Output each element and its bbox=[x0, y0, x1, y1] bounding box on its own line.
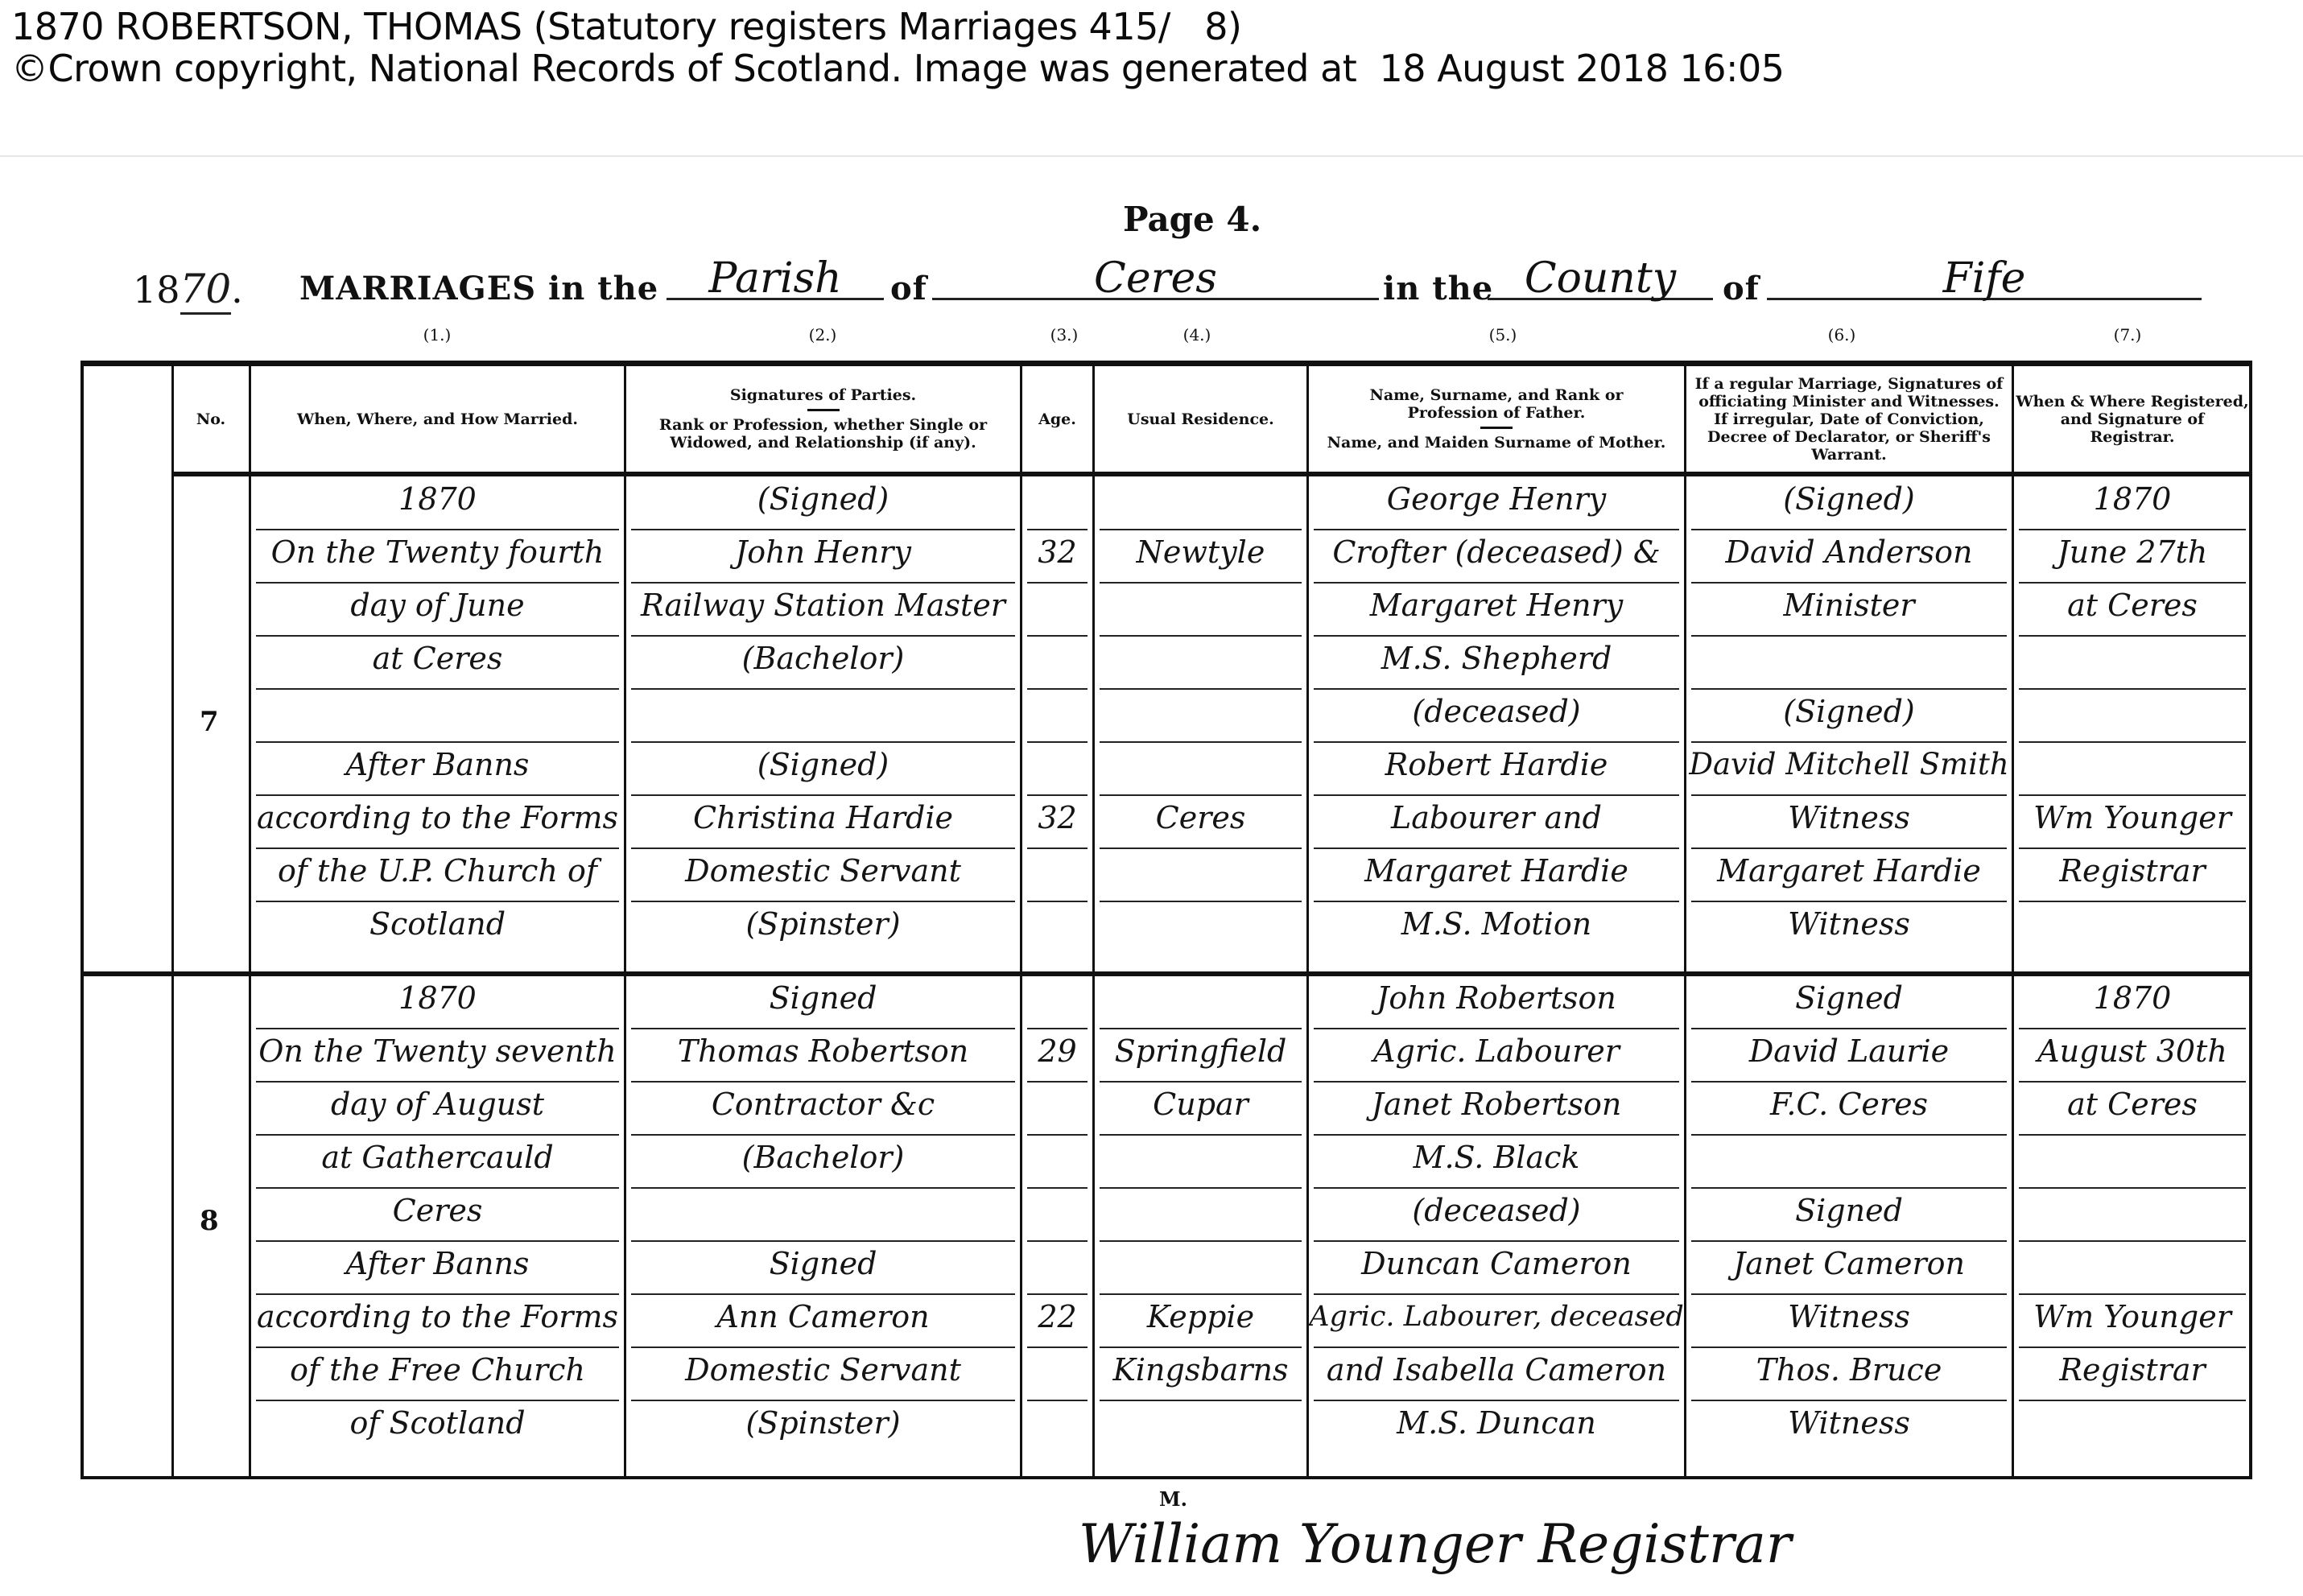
parents-line: Agric. Labourer bbox=[1309, 1025, 1684, 1078]
county-type: County bbox=[1488, 259, 1713, 300]
column-number-3: (3.) bbox=[1050, 325, 1079, 344]
title-of-1: of bbox=[890, 270, 927, 307]
ruled-line bbox=[1027, 1187, 1088, 1189]
residence-line: Kingsbarns bbox=[1095, 1343, 1306, 1396]
ruled-line bbox=[1027, 1346, 1088, 1348]
minister-witness-line: Witness bbox=[1686, 897, 2012, 951]
minister-witness-line: Minister bbox=[1686, 579, 2012, 632]
residence-line: Springfield bbox=[1095, 1025, 1306, 1078]
parents-line: Margaret Henry bbox=[1309, 579, 1684, 632]
minister-witness-line: Witness bbox=[1686, 1396, 2012, 1450]
signature-line: Domestic Servant bbox=[626, 844, 1020, 897]
ruled-line bbox=[2019, 741, 2246, 743]
record-title: 1870 ROBERTSON, THOMAS (Statutory regist… bbox=[11, 8, 1241, 45]
when-where-how-line: of the Free Church bbox=[251, 1343, 624, 1396]
when-where-how-line: Scotland bbox=[251, 897, 624, 951]
year-printed: 18 bbox=[133, 268, 180, 311]
parents-line: and Isabella Cameron bbox=[1309, 1343, 1684, 1396]
column-divider bbox=[171, 361, 174, 1479]
header-age: Age. bbox=[1022, 366, 1092, 472]
registration-line: Wm Younger bbox=[2014, 1290, 2251, 1343]
year-handwritten: 70 bbox=[180, 266, 232, 315]
minister-witness-line: Signed bbox=[1686, 1184, 2012, 1237]
entry-number: 7 bbox=[200, 706, 219, 738]
ruled-line bbox=[2019, 1187, 2246, 1189]
age-value: 32 bbox=[1022, 526, 1092, 579]
when-where-how-line: On the Twenty fourth bbox=[251, 526, 624, 579]
ruled-line bbox=[1027, 1240, 1088, 1242]
signature-line: John Henry bbox=[626, 526, 1020, 579]
copyright-notice: ©Crown copyright, National Records of Sc… bbox=[11, 50, 1785, 87]
minister-witness-line: (Signed) bbox=[1686, 472, 2012, 526]
when-where-how-line: at Gathercauld bbox=[251, 1131, 624, 1184]
minister-witness-line: Thos. Bruce bbox=[1686, 1343, 2012, 1396]
when-where-how-line: On the Twenty seventh bbox=[251, 1025, 624, 1078]
signature-line: (Signed) bbox=[626, 738, 1020, 791]
parents-line: Duncan Cameron bbox=[1309, 1237, 1684, 1290]
ruled-line bbox=[2019, 1240, 2246, 1242]
header-minister-witnesses: If a regular Marriage, Signatures of off… bbox=[1686, 366, 2012, 472]
column-number-2: (2.) bbox=[809, 325, 837, 344]
parents-line: (deceased) bbox=[1309, 1184, 1684, 1237]
title-in-the: in the bbox=[1383, 270, 1493, 307]
ruled-line bbox=[1027, 741, 1088, 743]
registration-line: 1870 bbox=[2014, 472, 2251, 526]
header-no: No. bbox=[173, 366, 249, 472]
ruled-line bbox=[1100, 847, 1302, 849]
register-year: 1870. bbox=[133, 266, 243, 312]
parents-line: John Robertson bbox=[1309, 971, 1684, 1025]
signature-line: (Signed) bbox=[626, 472, 1020, 526]
ruled-line bbox=[2019, 688, 2246, 690]
ruled-line bbox=[1100, 741, 1302, 743]
ruled-line bbox=[631, 688, 1015, 690]
header-residence: Usual Residence. bbox=[1095, 366, 1306, 472]
ruled-line bbox=[1100, 1134, 1302, 1136]
signature-line: Ann Cameron bbox=[626, 1290, 1020, 1343]
parents-line: Janet Robertson bbox=[1309, 1078, 1684, 1131]
registration-line: Registrar bbox=[2014, 844, 2251, 897]
ruled-line bbox=[1100, 1187, 1302, 1189]
signature-line: (Bachelor) bbox=[626, 1131, 1020, 1184]
parents-line: M.S. Shepherd bbox=[1309, 632, 1684, 685]
residence-line: Newtyle bbox=[1095, 526, 1306, 579]
when-where-how-line: of the U.P. Church of bbox=[251, 844, 624, 897]
ruled-line bbox=[1027, 1134, 1088, 1136]
title-of-2: of bbox=[1723, 270, 1760, 307]
ruled-line bbox=[1100, 688, 1302, 690]
parents-line: M.S. Black bbox=[1309, 1131, 1684, 1184]
signature-line: Christina Hardie bbox=[626, 791, 1020, 844]
parents-line: George Henry bbox=[1309, 472, 1684, 526]
ruled-line bbox=[1100, 1400, 1302, 1401]
minister-witness-line: Janet Cameron bbox=[1686, 1237, 2012, 1290]
entry-number: 8 bbox=[200, 1205, 219, 1237]
district-name: Ceres bbox=[932, 259, 1379, 300]
signature-line: Domestic Servant bbox=[626, 1343, 1020, 1396]
signature-line: Thomas Robertson bbox=[626, 1025, 1020, 1078]
ruled-line bbox=[1100, 582, 1302, 584]
column-number-6: (6.) bbox=[1828, 325, 1856, 344]
signature-line: (Spinster) bbox=[626, 897, 1020, 951]
residence-line: Keppie bbox=[1095, 1290, 1306, 1343]
signature-line: Railway Station Master bbox=[626, 579, 1020, 632]
when-where-how-line: at Ceres bbox=[251, 632, 624, 685]
footer-initial: M. bbox=[1159, 1487, 1187, 1511]
ruled-line bbox=[2019, 901, 2246, 902]
county-name: Fife bbox=[1767, 259, 2202, 300]
minister-witness-line: (Signed) bbox=[1686, 685, 2012, 738]
parents-line: Labourer and bbox=[1309, 791, 1684, 844]
registration-line: August 30th bbox=[2014, 1025, 2251, 1078]
header-parents: Name, Surname, and Rank or Profession of… bbox=[1309, 366, 1684, 472]
minister-witness-line: Witness bbox=[1686, 1290, 2012, 1343]
ruled-line bbox=[1027, 688, 1088, 690]
column-number-5: (5.) bbox=[1489, 325, 1517, 344]
signature-line: Signed bbox=[626, 971, 1020, 1025]
when-where-how-line: After Banns bbox=[251, 738, 624, 791]
ruled-line bbox=[1027, 901, 1088, 902]
registration-line: Registrar bbox=[2014, 1343, 2251, 1396]
when-where-how-line: After Banns bbox=[251, 1237, 624, 1290]
header-registered: When & Where Registered, and Signature o… bbox=[2014, 366, 2251, 472]
minister-witness-line: Signed bbox=[1686, 971, 2012, 1025]
ruled-line bbox=[1100, 635, 1302, 637]
signature-line: Signed bbox=[626, 1237, 1020, 1290]
registration-line: at Ceres bbox=[2014, 579, 2251, 632]
registration-line: June 27th bbox=[2014, 526, 2251, 579]
signature-line: Contractor &c bbox=[626, 1078, 1020, 1131]
when-where-how-line: according to the Forms bbox=[251, 1290, 624, 1343]
ruled-line bbox=[1691, 635, 2007, 637]
when-where-how-line: day of August bbox=[251, 1078, 624, 1131]
parents-line: Agric. Labourer, deceased bbox=[1309, 1290, 1684, 1343]
age-value: 32 bbox=[1022, 791, 1092, 844]
ruled-line bbox=[2019, 1134, 2246, 1136]
ruled-line bbox=[256, 688, 619, 690]
parents-line: Margaret Hardie bbox=[1309, 844, 1684, 897]
minister-witness-line: David Anderson bbox=[1686, 526, 2012, 579]
when-where-how-line: day of June bbox=[251, 579, 624, 632]
parents-line: (deceased) bbox=[1309, 685, 1684, 738]
registration-line: 1870 bbox=[2014, 971, 2251, 1025]
column-number-7: (7.) bbox=[2114, 325, 2142, 344]
title-marriages: MARRIAGES in the bbox=[299, 270, 658, 307]
district-type: Parish bbox=[667, 259, 884, 300]
minister-witness-line: Margaret Hardie bbox=[1686, 844, 2012, 897]
age-value: 22 bbox=[1022, 1290, 1092, 1343]
when-where-how-line: 1870 bbox=[251, 472, 624, 526]
parents-line: Crofter (deceased) & bbox=[1309, 526, 1684, 579]
minister-witness-line: Witness bbox=[1686, 791, 2012, 844]
age-value: 29 bbox=[1022, 1025, 1092, 1078]
registration-line: at Ceres bbox=[2014, 1078, 2251, 1131]
ruled-line bbox=[1100, 1240, 1302, 1242]
ruled-line bbox=[1691, 1134, 2007, 1136]
header-signatures: Signatures of Parties.Rank or Profession… bbox=[626, 366, 1020, 472]
ruled-line bbox=[1027, 1400, 1088, 1401]
when-where-how-line: according to the Forms bbox=[251, 791, 624, 844]
when-where-how-line: of Scotland bbox=[251, 1396, 624, 1450]
residence-line: Cupar bbox=[1095, 1078, 1306, 1131]
ruled-line bbox=[2019, 635, 2246, 637]
registration-line: Wm Younger bbox=[2014, 791, 2251, 844]
page-number: Page 4. bbox=[1123, 200, 1261, 239]
ruled-line bbox=[1100, 901, 1302, 902]
column-number-4: (4.) bbox=[1183, 325, 1211, 344]
registrar-signature: William Younger Registrar bbox=[1079, 1513, 1791, 1575]
residence-line: Ceres bbox=[1095, 791, 1306, 844]
signature-line: (Spinster) bbox=[626, 1396, 1020, 1450]
parents-line: Robert Hardie bbox=[1309, 738, 1684, 791]
parents-line: M.S. Motion bbox=[1309, 897, 1684, 951]
ruled-line bbox=[1027, 582, 1088, 584]
signature-line: (Bachelor) bbox=[626, 632, 1020, 685]
minister-witness-line: David Laurie bbox=[1686, 1025, 2012, 1078]
parents-line: M.S. Duncan bbox=[1309, 1396, 1684, 1450]
when-where-how-line: Ceres bbox=[251, 1184, 624, 1237]
minister-witness-line: F.C. Ceres bbox=[1686, 1078, 2012, 1131]
header-divider bbox=[0, 155, 2303, 157]
ruled-line bbox=[1027, 635, 1088, 637]
minister-witness-line: David Mitchell Smith bbox=[1686, 738, 2012, 791]
when-where-how-line: 1870 bbox=[251, 971, 624, 1025]
ruled-line bbox=[2019, 1400, 2246, 1401]
column-number-1: (1.) bbox=[423, 325, 452, 344]
ruled-line bbox=[1027, 847, 1088, 849]
ruled-line bbox=[631, 1187, 1015, 1189]
ruled-line bbox=[1027, 1081, 1088, 1083]
header-when-where-how: When, Where, and How Married. bbox=[251, 366, 624, 472]
